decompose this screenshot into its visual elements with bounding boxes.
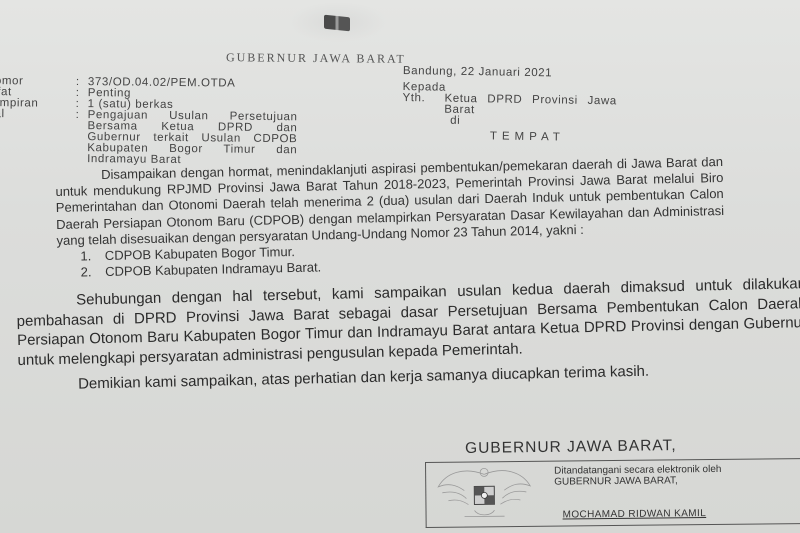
e-signature-text: Ditandatangani secara elektronik oleh GU… xyxy=(554,464,722,488)
colon: : xyxy=(75,110,88,165)
letter-body: Disampaikan dengan hormat, menindaklanju… xyxy=(55,154,725,281)
paragraph-2: Sehubungan dengan hal tersebut, kami sam… xyxy=(16,274,800,370)
meta-row-hal: Hal : Pengajuan Usulan Persetujuan Bersa… xyxy=(0,109,298,167)
letter-page: GUBERNUR JAWA BARAT Nomor : 373/OD.04.02… xyxy=(0,0,800,533)
meta-label: Lampiran xyxy=(0,98,76,110)
e-signature-line: GUBERNUR JAWA BARAT, xyxy=(554,475,721,488)
letter-meta: Nomor : 373/OD.04.02/PEM.OTDA Sifat : Pe… xyxy=(0,76,298,167)
address-block: Bandung, 22 Januari 2021 Kepada Yth. Ket… xyxy=(402,66,618,144)
shield-icon xyxy=(324,15,350,32)
recipient: Yth. Ketua DPRD Provinsi Jawa Barat xyxy=(402,93,617,118)
paragraph-1: Disampaikan dengan hormat, menindaklanju… xyxy=(55,154,725,249)
meta-label: Hal xyxy=(0,109,76,165)
e-signature-box: Ditandatangani secara elektronik oleh GU… xyxy=(425,458,800,528)
signatory-name: MOCHAMAD RIDWAN KAMIL xyxy=(563,508,707,521)
letterhead-title: GUBERNUR JAWA BARAT xyxy=(226,50,406,67)
garuda-emblem-icon xyxy=(434,464,535,523)
e-signature-line: Ditandatangani secara elektronik oleh xyxy=(554,464,721,477)
yth-label: Yth. xyxy=(402,93,444,116)
signature-title: GUBERNUR JAWA BARAT, xyxy=(465,437,677,458)
tempat-label: TEMPAT xyxy=(490,131,617,144)
meta-value-perihal: Pengajuan Usulan Persetujuan Bersama Ket… xyxy=(87,110,298,167)
garuda-emblem-icon xyxy=(288,2,388,42)
letter-body-continued: Sehubungan dengan hal tersebut, kami sam… xyxy=(16,274,800,395)
letter-date: Bandung, 22 Januari 2021 xyxy=(403,66,618,80)
recipient-text: Ketua DPRD Provinsi Jawa Barat xyxy=(444,94,617,119)
